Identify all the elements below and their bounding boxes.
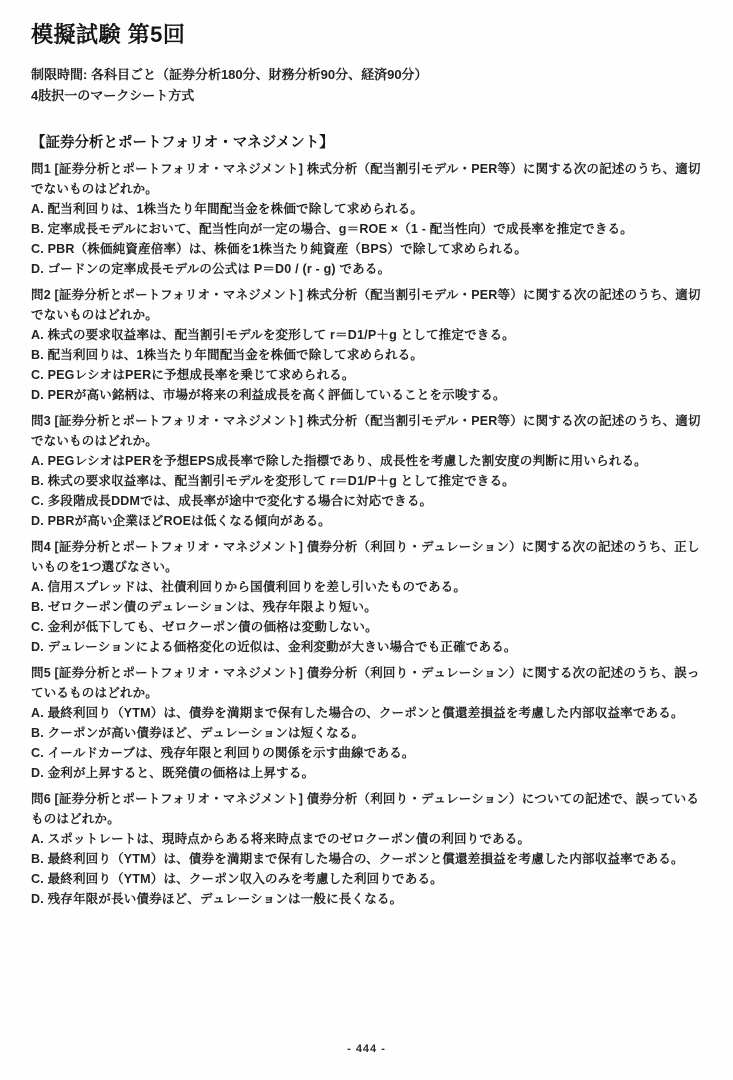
question-block: 問1 [証券分析とポートフォリオ・マネジメント] 株式分析（配当割引モデル・PE… [31, 159, 703, 279]
question-option: B. ゼロクーポン債のデュレーションは、残存年限より短い。 [31, 597, 703, 617]
question-option: B. 定率成長モデルにおいて、配当性向が一定の場合、g＝ROE ×（1 - 配当… [31, 219, 703, 239]
format-note: 4肢択一のマークシート方式 [31, 85, 703, 106]
question-option: A. 最終利回り（YTM）は、債券を満期まで保有した場合の、クーポンと償還差損益… [31, 703, 703, 723]
question-intro: 問5 [証券分析とポートフォリオ・マネジメント] 債券分析（利回り・デュレーショ… [31, 663, 703, 703]
question-block: 問6 [証券分析とポートフォリオ・マネジメント] 債券分析（利回り・デュレーショ… [31, 789, 703, 909]
time-limit-note: 制限時間: 各科目ごと（証券分析180分、財務分析90分、経済90分） [31, 64, 703, 85]
question-intro: 問6 [証券分析とポートフォリオ・マネジメント] 債券分析（利回り・デュレーショ… [31, 789, 703, 829]
question-option: D. 残存年限が長い債券ほど、デュレーションは一般に長くなる。 [31, 889, 703, 909]
question-option: D. PERが高い銘柄は、市場が将来の利益成長を高く評価していることを示唆する。 [31, 385, 703, 405]
question-option: D. 金利が上昇すると、既発債の価格は上昇する。 [31, 763, 703, 783]
question-option: A. 信用スプレッドは、社債利回りから国債利回りを差し引いたものである。 [31, 577, 703, 597]
question-option: B. 配当利回りは、1株当たり年間配当金を株価で除して求められる。 [31, 345, 703, 365]
page-number: - 444 - [0, 1043, 733, 1055]
question-option: D. デュレーションによる価格変化の近似は、金利変動が大きい場合でも正確である。 [31, 637, 703, 657]
question-option: B. クーポンが高い債券ほど、デュレーションは短くなる。 [31, 723, 703, 743]
question-option: C. 金利が低下しても、ゼロクーポン債の価格は変動しない。 [31, 617, 703, 637]
question-intro: 問3 [証券分析とポートフォリオ・マネジメント] 株式分析（配当割引モデル・PE… [31, 411, 703, 451]
question-option: B. 最終利回り（YTM）は、債券を満期まで保有した場合の、クーポンと償還差損益… [31, 849, 703, 869]
question-option: C. イールドカーブは、残存年限と利回りの関係を示す曲線である。 [31, 743, 703, 763]
question-intro: 問2 [証券分析とポートフォリオ・マネジメント] 株式分析（配当割引モデル・PE… [31, 285, 703, 325]
question-option: B. 株式の要求収益率は、配当割引モデルを変形して r＝D1/P＋g として推定… [31, 471, 703, 491]
question-block: 問4 [証券分析とポートフォリオ・マネジメント] 債券分析（利回り・デュレーショ… [31, 537, 703, 657]
page-title: 模擬試験 第5回 [31, 18, 703, 49]
questions-container: 問1 [証券分析とポートフォリオ・マネジメント] 株式分析（配当割引モデル・PE… [31, 159, 703, 909]
exam-meta: 制限時間: 各科目ごと（証券分析180分、財務分析90分、経済90分） 4肢択一… [31, 64, 703, 106]
section-header: 【証券分析とポートフォリオ・マネジメント】 [31, 131, 703, 152]
question-option: A. スポットレートは、現時点からある将来時点までのゼロクーポン債の利回りである… [31, 829, 703, 849]
question-block: 問3 [証券分析とポートフォリオ・マネジメント] 株式分析（配当割引モデル・PE… [31, 411, 703, 531]
question-block: 問2 [証券分析とポートフォリオ・マネジメント] 株式分析（配当割引モデル・PE… [31, 285, 703, 405]
question-intro: 問4 [証券分析とポートフォリオ・マネジメント] 債券分析（利回り・デュレーショ… [31, 537, 703, 577]
question-option: A. 株式の要求収益率は、配当割引モデルを変形して r＝D1/P＋g として推定… [31, 325, 703, 345]
question-block: 問5 [証券分析とポートフォリオ・マネジメント] 債券分析（利回り・デュレーショ… [31, 663, 703, 783]
question-option: C. 最終利回り（YTM）は、クーポン収入のみを考慮した利回りである。 [31, 869, 703, 889]
question-option: C. PBR（株価純資産倍率）は、株価を1株当たり純資産（BPS）で除して求めら… [31, 239, 703, 259]
question-option: A. PEGレシオはPERを予想EPS成長率で除した指標であり、成長性を考慮した… [31, 451, 703, 471]
question-option: C. 多段階成長DDMでは、成長率が途中で変化する場合に対応できる。 [31, 491, 703, 511]
question-option: C. PEGレシオはPERに予想成長率を乗じて求められる。 [31, 365, 703, 385]
question-option: D. ゴードンの定率成長モデルの公式は P＝D0 / (r - g) である。 [31, 259, 703, 279]
document-page: 模擬試験 第5回 制限時間: 各科目ごと（証券分析180分、財務分析90分、経済… [0, 0, 733, 1080]
question-intro: 問1 [証券分析とポートフォリオ・マネジメント] 株式分析（配当割引モデル・PE… [31, 159, 703, 199]
question-option: D. PBRが高い企業ほどROEは低くなる傾向がある。 [31, 511, 703, 531]
question-option: A. 配当利回りは、1株当たり年間配当金を株価で除して求められる。 [31, 199, 703, 219]
